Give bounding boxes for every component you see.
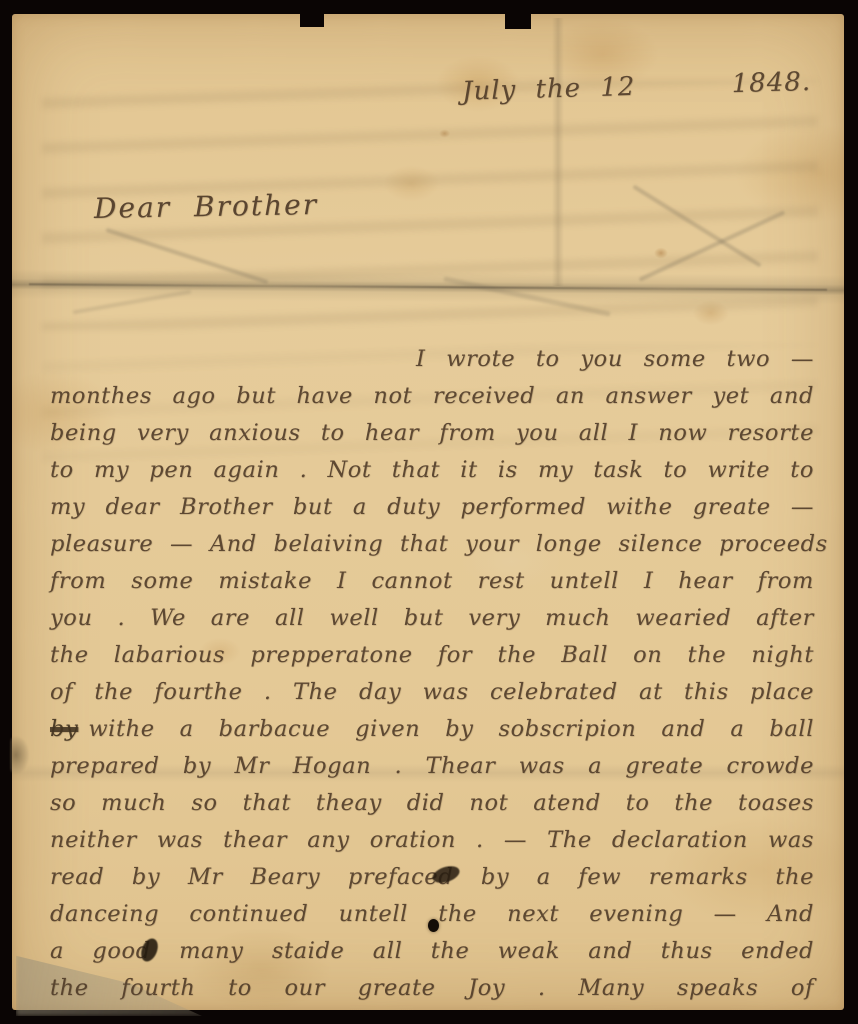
strikethrough-word: by [50,716,78,742]
letter-line: prepared by Mr Hogan . Thear was a great… [50,748,814,785]
paper-hole [428,919,439,932]
letter-line: being very anxious to hear from you all … [50,415,814,452]
torn-notch [505,12,531,29]
letter-line: so much so that theay did not atend to t… [50,785,814,822]
letter-body: I wrote to you some two — monthes ago bu… [50,341,814,1007]
letter-line: you . We are all well but very much wear… [50,600,814,637]
letter-line: the fourth to our greate Joy . Many spea… [50,970,814,1007]
letter-line: my dear Brother but a duty performed wit… [50,489,814,526]
letter-line: from some mistake I cannot rest untell I… [50,563,814,600]
letter-line: bywithe a barbacue given by sobscripion … [50,711,814,748]
letter-salutation: Dear Brother [94,188,319,225]
letter-line: pleasure — And belaiving that your longe… [50,526,814,563]
letter-line: the labarious prepperatone for the Ball … [50,637,814,674]
letter-line-text: withe a barbacue given by sobscripion an… [88,716,814,742]
letter-line: of the fourthe . The day was celebrated … [50,674,814,711]
letter-line: I wrote to you some two — [50,341,814,378]
torn-notch [300,12,324,27]
vertical-crease [552,18,564,286]
edge-tear [10,732,40,778]
photo-background: July the 12 1848. Dear Brother I wrote t… [0,0,858,1024]
letter-paper: July the 12 1848. Dear Brother I wrote t… [12,14,844,1010]
letter-line: to my pen again . Not that it is my task… [50,452,814,489]
letter-line: monthes ago but have not received an ans… [50,378,814,415]
letter-line: a good many staide all the weak and thus… [50,933,814,970]
letter-line: neither was thear any oration . — The de… [50,822,814,859]
